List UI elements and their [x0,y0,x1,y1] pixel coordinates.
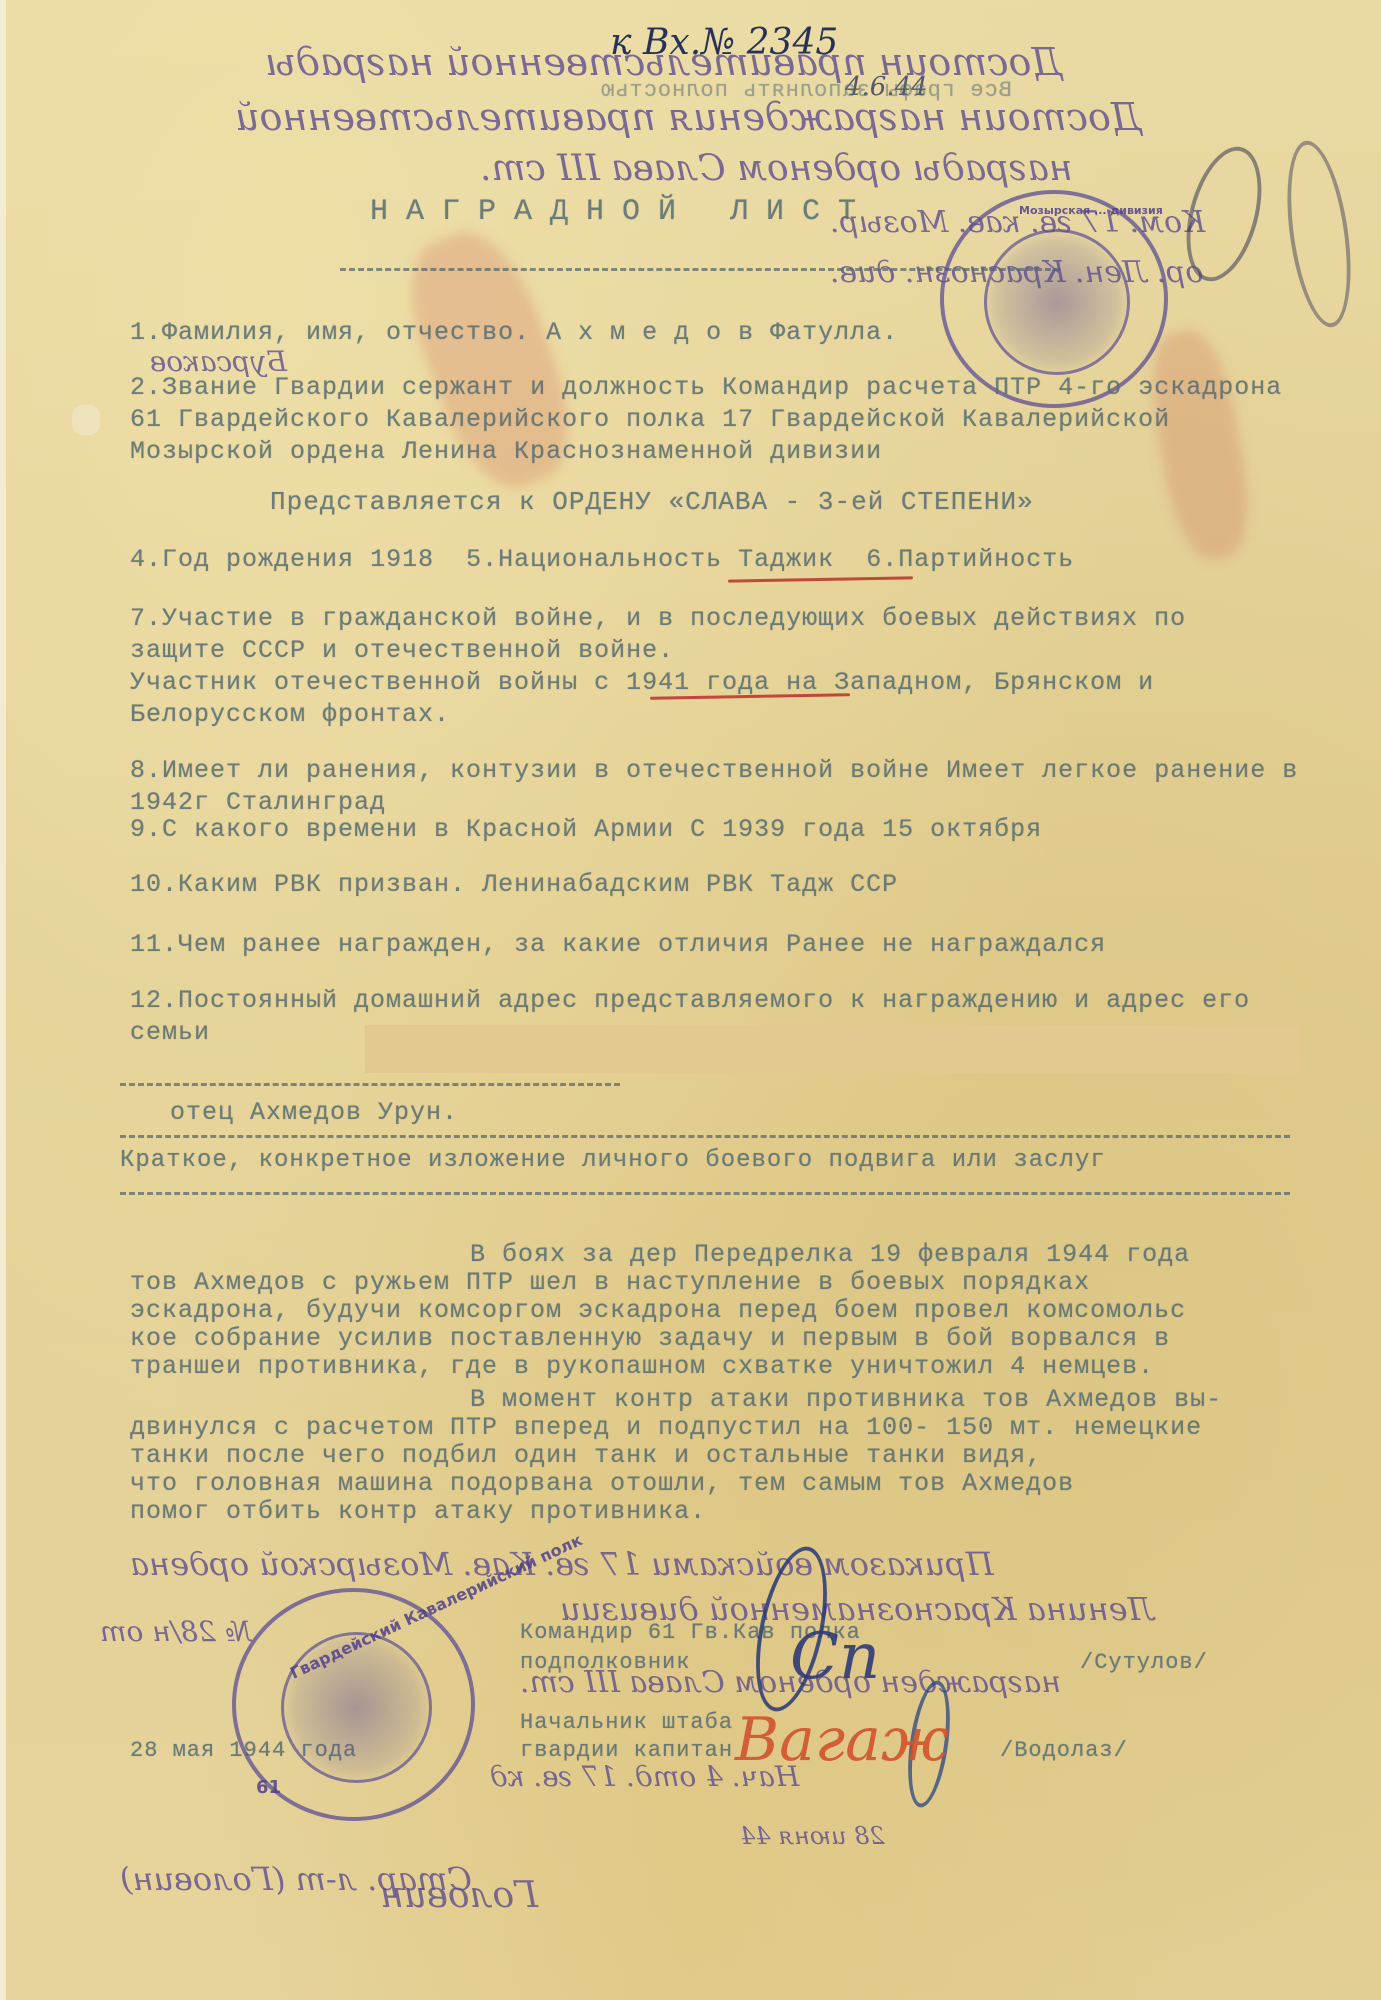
commander-signature-text: Сп [790,1620,880,1694]
award-line: Представляется к ОРДЕНУ «СЛАВА - 3-ей СТ… [270,487,1034,517]
narrative-line: танки после чего подбил один танк и оста… [130,1441,1042,1470]
bleed-signature: Головин [380,1875,538,1916]
field-1-value: А х м е д о в Фатулла. [546,318,898,347]
commander-name: /Сутулов/ [1080,1650,1208,1675]
commander-rank: подполковник [520,1650,690,1675]
typed-top-note: Все графы заполнять полностью [600,78,1012,103]
field-7: 7.Участие в гражданской войне, и в после… [130,603,1280,731]
emblem-icon [984,229,1130,375]
narrative-line: В боях за дер Передрелка 19 февраля 1944… [470,1240,1190,1269]
narrative-line: помог отбить контр атаку противника. [130,1497,706,1526]
narrative-line: кое собрание усилив поставленную задачу … [130,1324,1170,1353]
narrative-line: В момент контр атаки противника тов Ахме… [470,1385,1222,1414]
family-line: отец Ахмедов Урун. [170,1098,458,1127]
red-underline [728,576,913,582]
field-9: 9.С какого времени в Красной Армии С 193… [130,815,1042,844]
narrative-line: тов Ахмедов с ружьем ПТР шел в наступлен… [130,1268,1090,1297]
narrative-line: что головная машина подорвана отошли, те… [130,1469,1074,1498]
field-2: 2.Звание Гвардии сержант и должность Ком… [130,372,1290,468]
field-1: 1.Фамилия, имя, отчество. А х м е д о в … [130,318,898,347]
field-7-value: Участник отечественной войны с 1941 года… [130,668,1154,729]
narrative-line: двинулся с расчетом ПТР вперед и подпуст… [130,1413,1202,1442]
signature-mark [1277,137,1361,331]
chief-title: Начальник штаба [520,1710,733,1735]
bleed-handwriting: награды орденом Слава III ст. [480,148,1073,189]
divider-line [120,1135,1290,1138]
redacted-address [365,1025,1300,1073]
page-edge [0,0,6,2000]
narrative-line: эскадрона, будучи комсоргом эскадрона пе… [130,1296,1186,1325]
official-stamp-bottom: Гвардейский Кавалерийский полк 61 [232,1588,475,1821]
field-11: 11.Чем ранее награжден, за какие отличия… [130,930,1106,959]
field-8: 8.Имеет ли ранения, контузии в отечестве… [130,755,1330,819]
section-heading: Краткое, конкретное изложение личного бо… [120,1147,1106,1174]
divider-line [120,1083,620,1086]
bleed-handwriting: Нач. 4 отд. 17 гв. кд [490,1760,799,1793]
field-10: 10.Каким РВК призван. Ленинабадским РВК … [130,870,898,899]
document-title: НАГРАДНОЙ ЛИСТ [370,195,874,229]
fields-4-6: 4.Год рождения 1918 5.Национальность Тад… [130,545,1074,574]
award-name: ОРДЕНУ «СЛАВА - 3-ей СТЕПЕНИ» [552,487,1033,517]
emblem-icon [281,1632,432,1783]
punch-hole [72,405,100,435]
chief-name: /Водолаз/ [1000,1738,1128,1763]
narrative-line: траншеи противника, где в рукопашном схв… [130,1352,1154,1381]
bleed-handwriting: 28 июня 44 [740,1822,885,1850]
divider-line [120,1192,1290,1195]
bleed-handwriting: № 28/н от [100,1615,251,1648]
